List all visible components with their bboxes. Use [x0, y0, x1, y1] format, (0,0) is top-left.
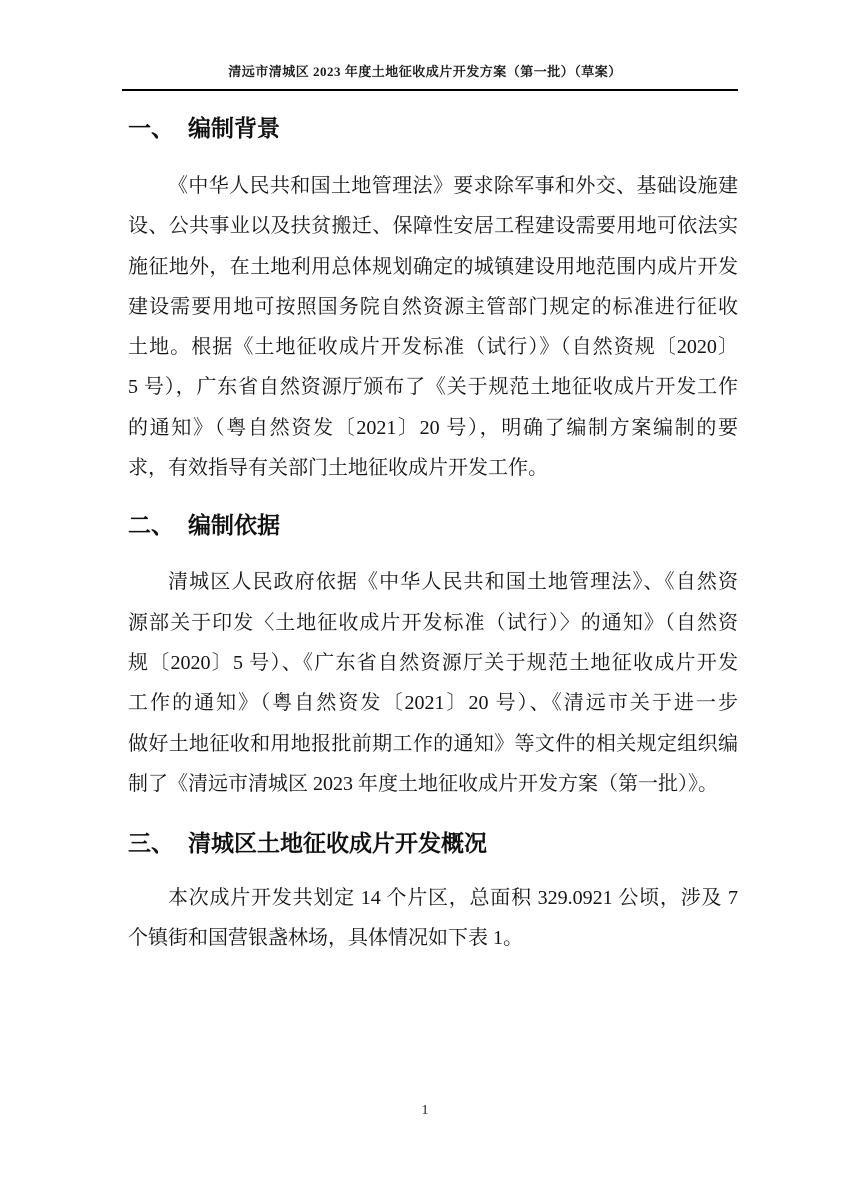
text-line: 《中华人民共和国土地管理法》要求除军事和外交、基础设施建: [128, 166, 738, 206]
text-line: 求，有效指导有关部门土地征收成片开发工作。: [128, 448, 738, 488]
section-title: 编制依据: [188, 504, 280, 546]
paragraph-2: 清城区人民政府依据《中华人民共和国土地管理法》、《自然资 源部关于印发〈土地征收…: [128, 562, 738, 804]
document-body: 一、 编制背景 《中华人民共和国土地管理法》要求除军事和外交、基础设施建 设、公…: [128, 0, 738, 959]
section-number: 二、: [128, 504, 188, 546]
section-heading-2: 二、 编制依据: [128, 504, 738, 546]
section-heading-3: 三、 清城区土地征收成片开发概况: [128, 822, 738, 864]
page-number: 1: [422, 1103, 429, 1118]
text-line: 5 号），广东省自然资源厅颁布了《关于规范土地征收成片开发工作: [128, 367, 738, 407]
section-number: 一、: [128, 107, 188, 149]
paragraph-1: 《中华人民共和国土地管理法》要求除军事和外交、基础设施建 设、公共事业以及扶贫搬…: [128, 166, 738, 488]
text-line: 本次成片开发共划定 14 个片区，总面积 329.0921 公顷，涉及 7: [128, 878, 738, 918]
text-line: 工作的通知》（粤自然资发〔2021〕20 号）、《清远市关于进一步: [128, 683, 738, 723]
document-page: 清远市清城区 2023 年度土地征收成片开发方案（第一批）（草案） 一、 编制背…: [0, 0, 850, 1202]
section-title: 编制背景: [188, 107, 280, 149]
text-line: 清城区人民政府依据《中华人民共和国土地管理法》、《自然资: [128, 562, 738, 602]
section-heading-1: 一、 编制背景: [128, 107, 738, 149]
text-line: 规〔2020〕5 号）、《广东省自然资源厅关于规范土地征收成片开发: [128, 643, 738, 683]
text-line: 的通知》（粤自然资发〔2021〕20 号），明确了编制方案编制的要: [128, 408, 738, 448]
text-line: 做好土地征收和用地报批前期工作的通知》等文件的相关规定组织编: [128, 724, 738, 764]
text-line: 源部关于印发〈土地征收成片开发标准（试行）〉的通知》（自然资: [128, 603, 738, 643]
text-line: 设、公共事业以及扶贫搬迁、保障性安居工程建设需要用地可依法实: [128, 206, 738, 246]
text-line: 个镇街和国营银盏林场，具体情况如下表 1。: [128, 918, 738, 958]
paragraph-3: 本次成片开发共划定 14 个片区，总面积 329.0921 公顷，涉及 7 个镇…: [128, 878, 738, 959]
page-footer: 1: [0, 1103, 850, 1119]
text-line: 建设需要用地可按照国务院自然资源主管部门规定的标准进行征收: [128, 287, 738, 327]
section-number: 三、: [128, 822, 188, 864]
text-line: 土地。根据《土地征收成片开发标准（试行）》（自然资规〔2020〕: [128, 327, 738, 367]
text-line: 施征地外，在土地利用总体规划确定的城镇建设用地范围内成片开发: [128, 247, 738, 287]
text-line: 制了《清远市清城区 2023 年度土地征收成片开发方案（第一批）》。: [128, 764, 738, 804]
section-title: 清城区土地征收成片开发概况: [188, 822, 487, 864]
